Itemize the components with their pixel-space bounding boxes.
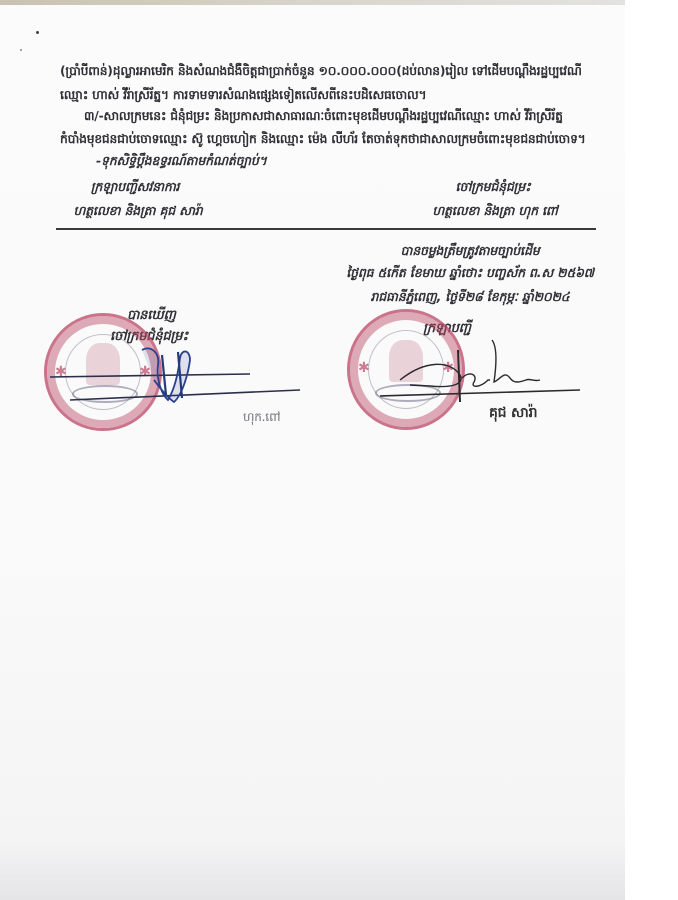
ink-speck — [36, 31, 39, 34]
background-margin — [625, 0, 678, 900]
seen-judge-name: ហុក.ពៅ — [243, 408, 280, 426]
paragraph-1-line-1: (ប្រាំបីពាន់)ដុល្លារអាមេរិក និងសំណងជំងឺច… — [60, 62, 582, 80]
paragraph-1-line-2: ឈ្មោះ ហាស់ វីរ៉ាស្រីរ័ត្ន។ ការទាមទារសំណង… — [60, 86, 426, 104]
ink-speck — [20, 49, 22, 51]
paragraph-2-line-1: ៣/-សាលក្រមនេះ ជំនុំជម្រះ និងប្រកាសជាសាធា… — [84, 107, 563, 125]
page-top-edge — [0, 0, 678, 5]
clerk-signature — [370, 330, 590, 410]
lunar-date: ថ្ងៃពុធ ៥កើត ខែមាឃ ឆ្នាំថោះ បញ្ចស័ក ព.ស … — [345, 264, 595, 282]
certifying-clerk-name: គុជ សារ៉ា — [489, 404, 537, 422]
certified-copy-label: បានចម្លងត្រឹមត្រូវតាមច្បាប់ដើម — [370, 242, 570, 260]
judge-name: ហត្ថលេខា និងត្រា ហុក ពៅ — [410, 202, 580, 220]
appeal-rights-note: -ទុកសិទ្ធិប្តឹងឧទ្ធរណ៍តាមកំណត់ច្បាប់។ — [96, 152, 267, 170]
seal-star-icon: ✱ — [358, 360, 370, 376]
clerk-role: ក្រឡាបញ្ជីសវនាការ — [60, 178, 210, 196]
gregorian-date: រាជធានីភ្នំពេញ, ថ្ងៃទី២៨ ខែកុម្ភៈ ឆ្នាំ២… — [355, 288, 585, 306]
horizontal-divider — [56, 228, 596, 230]
clerk-name: ហត្ថលេខា និងត្រា គុជ សារ៉ា — [58, 202, 218, 220]
paragraph-2-line-2: កំបាំងមុខជនជាប់ចោទឈ្មោះ ស៊ូ ហ្គេចហៀក និង… — [60, 130, 586, 148]
document-page: (ប្រាំបីពាន់)ដុល្លារអាមេរិក និងសំណងជំងឺច… — [0, 0, 625, 900]
judge-role: ចៅក្រមជំនុំជម្រះ — [418, 178, 568, 196]
